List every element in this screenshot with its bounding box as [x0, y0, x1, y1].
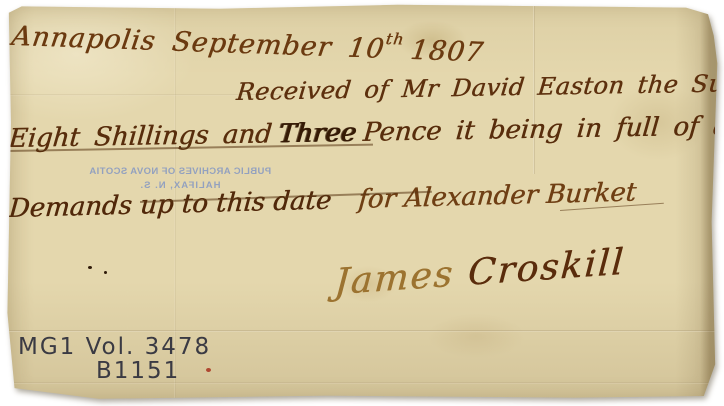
dateline-ordinal: th [385, 29, 406, 49]
archive-ref-item: B1151 [96, 358, 211, 384]
received-line: Received of Mr David Easton the Sum of [235, 68, 724, 106]
paper-shadow-wrap: PUBLIC ARCHIVES OF NOVA SCOTIA HALIFAX, … [0, 0, 724, 406]
dateline: Annapolis September 10th1807 [10, 20, 486, 68]
stamp-line-1: PUBLIC ARCHIVES OF NOVA SCOTIA [84, 166, 276, 177]
receipt-paper: PUBLIC ARCHIVES OF NOVA SCOTIA HALIFAX, … [6, 4, 718, 400]
signature-last-name: Croskill [467, 242, 627, 294]
scanned-receipt-image: PUBLIC ARCHIVES OF NOVA SCOTIA HALIFAX, … [0, 0, 724, 406]
amount-end: Pence it being in full of all [362, 111, 724, 148]
attribution-text: for Alexander Burket [357, 178, 637, 215]
horizontal-crease [6, 330, 718, 332]
signature: JamesCroskill [333, 242, 626, 304]
ink-speck [88, 266, 92, 269]
demands-text: Demands up to this date [8, 186, 333, 225]
signature-first-name: James [333, 254, 455, 304]
archive-ref-volume: MG1 Vol. 3478 [18, 334, 211, 360]
right-edge-fold [700, 4, 718, 400]
archive-reference: MG1 Vol. 3478 B1151 [18, 334, 211, 384]
ink-speck [104, 271, 107, 274]
dateline-year: 1807 [409, 35, 486, 68]
dateline-place-date: Annapolis September 10 [10, 21, 387, 65]
